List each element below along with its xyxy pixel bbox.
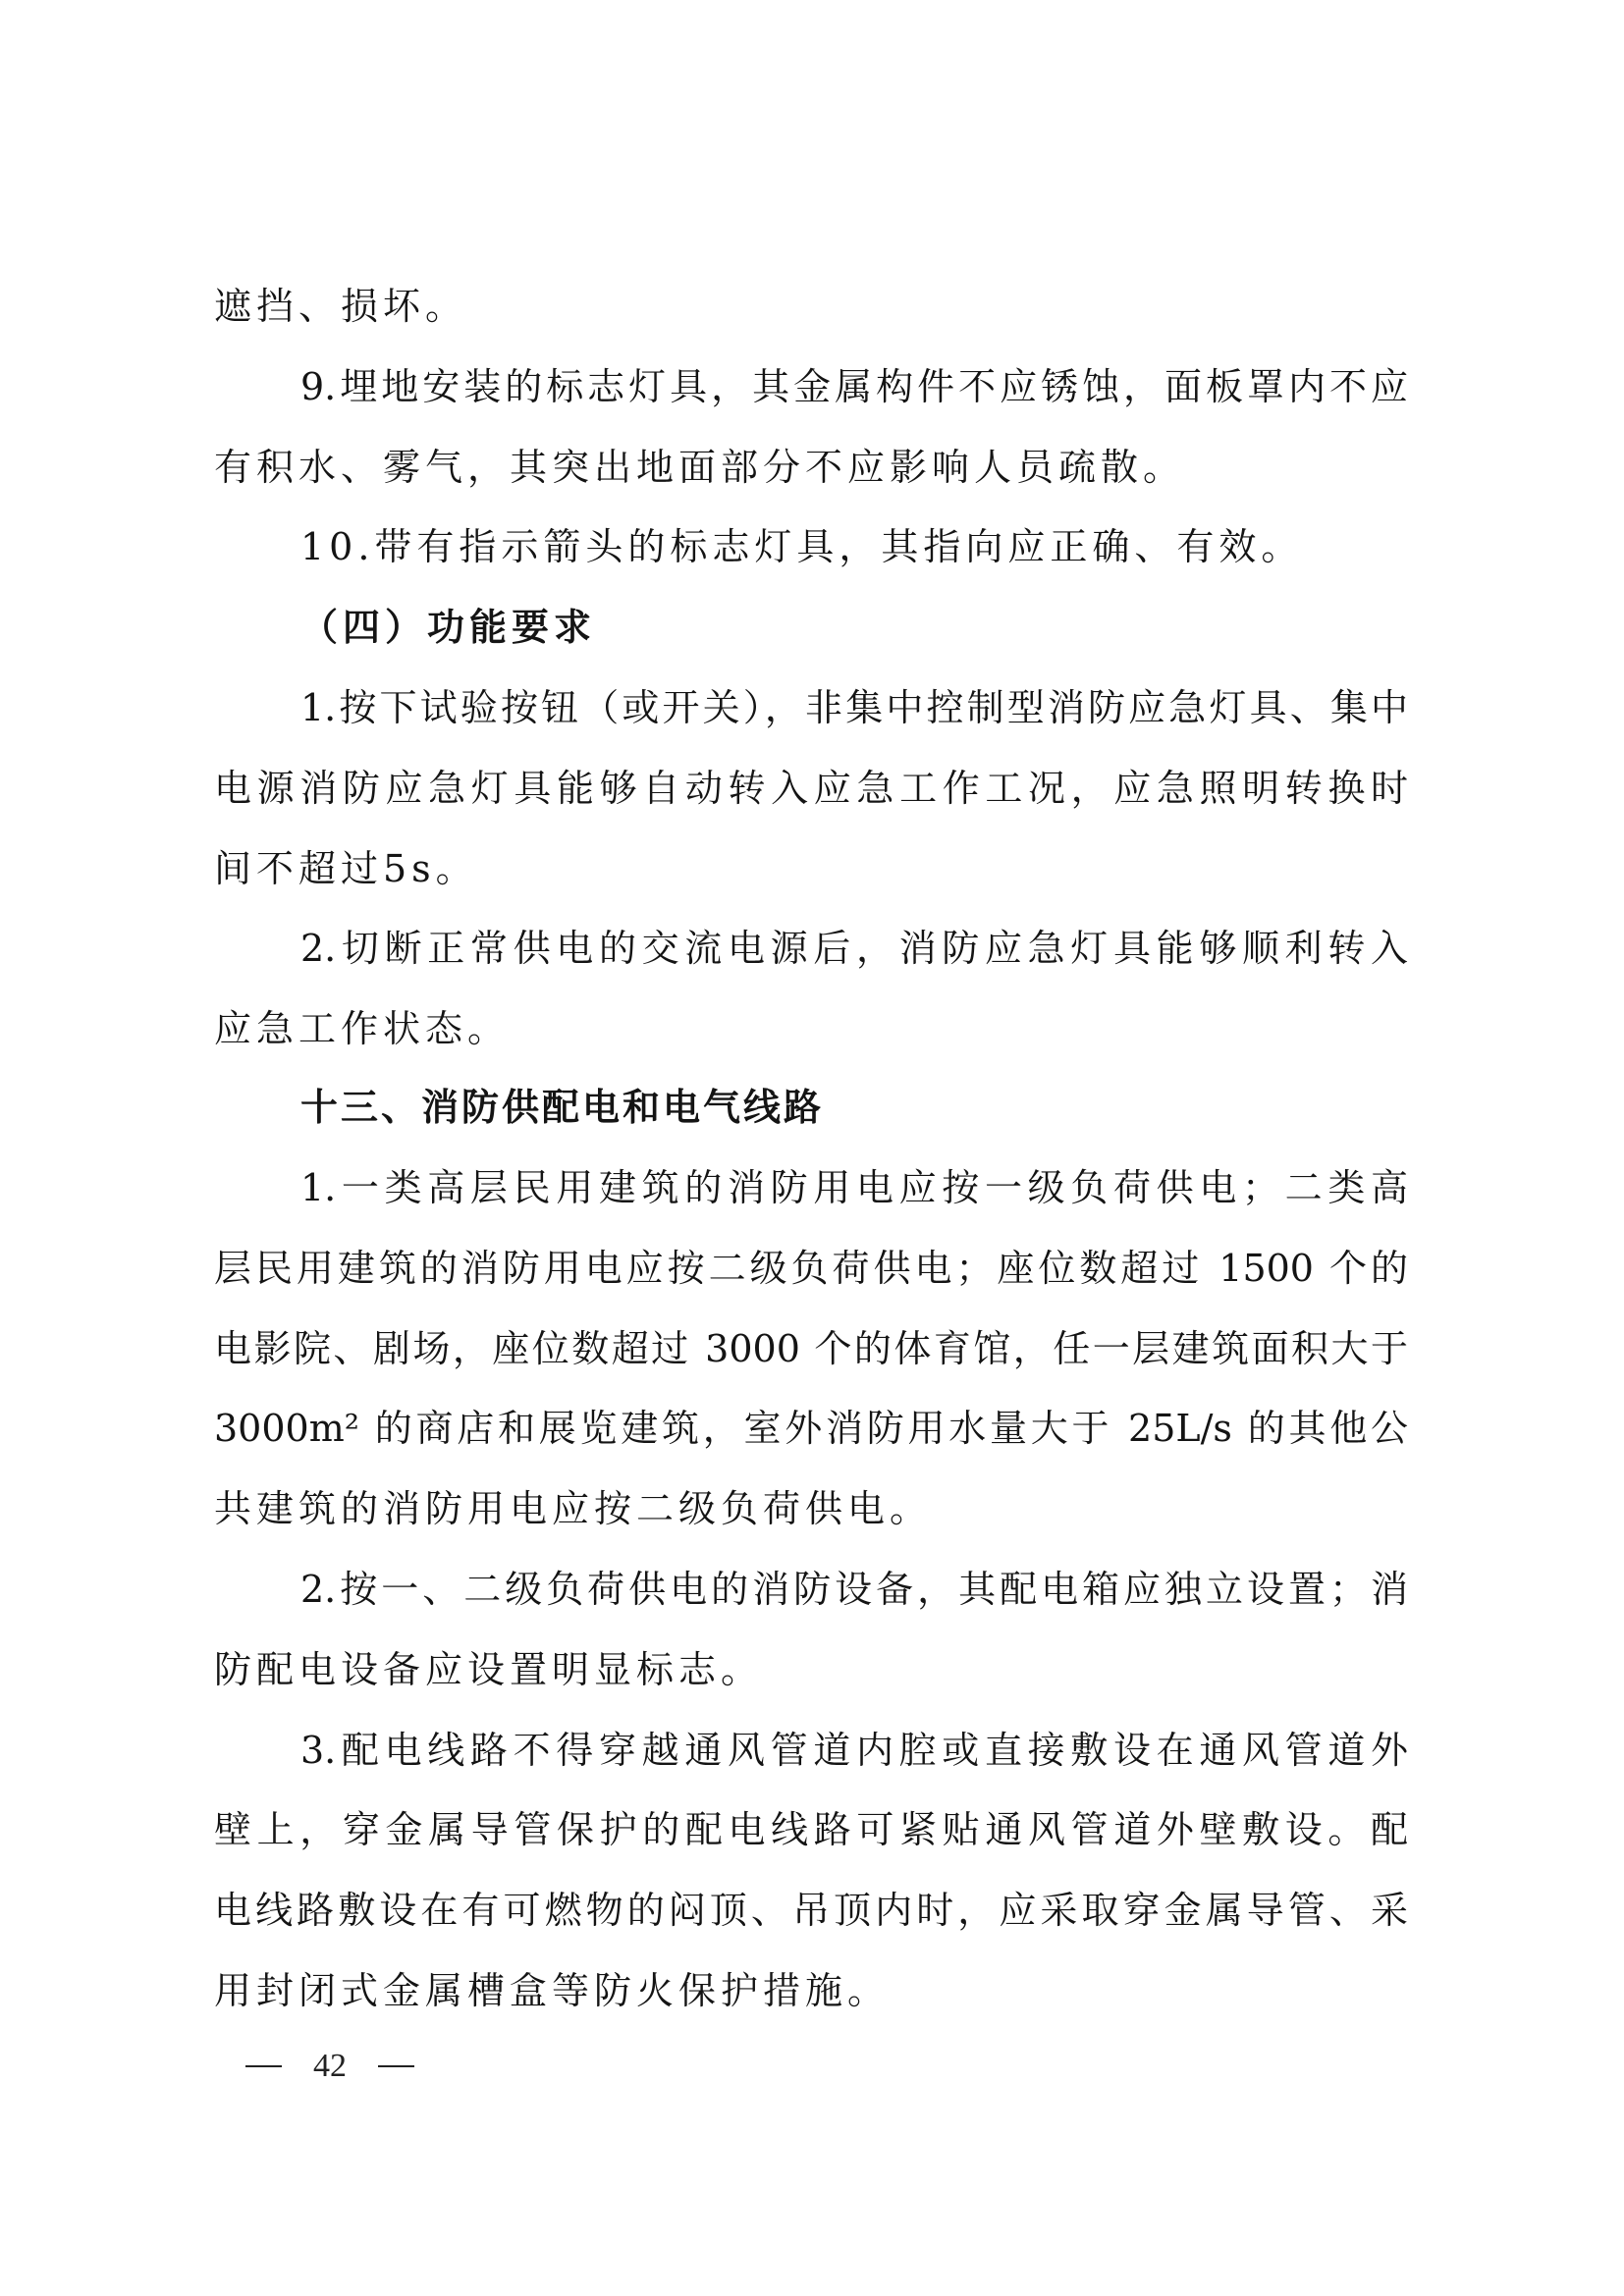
text-line: 遮挡、损坏。 bbox=[214, 266, 1408, 347]
paragraph-item-1: 1.按下试验按钮（或开关），非集中控制型消防应急灯具、集中 bbox=[300, 667, 1408, 748]
paragraph-item-10: 10.带有指示箭头的标志灯具，其指向应正确、有效。 bbox=[300, 507, 1408, 587]
section-heading-fire-power-supply: 十三、消防供配电和电气线路 bbox=[300, 1067, 1408, 1148]
text-line: 应急工作状态。 bbox=[214, 988, 1408, 1069]
text-line: 3000m² 的商店和展览建筑，室外消防用水量大于 25L/s 的其他公 bbox=[214, 1388, 1408, 1468]
text-line: 有积水、雾气，其突出地面部分不应影响人员疏散。 bbox=[214, 427, 1408, 507]
text-line: 壁上，穿金属导管保护的配电线路可紧贴通风管道外壁敷设。配 bbox=[214, 1789, 1408, 1870]
text-line: 电线路敷设在有可燃物的闷顶、吊顶内时，应采取穿金属导管、采 bbox=[214, 1870, 1408, 1950]
paragraph-item-2: 2.切断正常供电的交流电源后，消防应急灯具能够顺利转入 bbox=[300, 908, 1408, 988]
text-line: 用封闭式金属槽盒等防火保护措施。 bbox=[214, 1950, 1408, 2031]
paragraph-item-1: 1.一类高层民用建筑的消防用电应按一级负荷供电；二类高 bbox=[300, 1148, 1408, 1228]
text-line: 防配电设备应设置明显标志。 bbox=[214, 1629, 1408, 1710]
page-number-text: 42 bbox=[313, 2045, 347, 2088]
text-line: 电源消防应急灯具能够自动转入应急工作工况，应急照明转换时 bbox=[214, 748, 1408, 828]
text-line: 电影院、剧场，座位数超过 3000 个的体育馆，任一层建筑面积大于 bbox=[214, 1308, 1408, 1389]
dash-right-icon bbox=[378, 2065, 414, 2067]
page-number: 42 bbox=[245, 2045, 414, 2088]
text-line: 间不超过5s。 bbox=[214, 828, 1408, 909]
subsection-heading-function-requirements: （四）功能要求 bbox=[300, 587, 1408, 667]
text-line: 层民用建筑的消防用电应按二级负荷供电；座位数超过 1500 个的 bbox=[214, 1228, 1408, 1308]
text-line: 共建筑的消防用电应按二级负荷供电。 bbox=[214, 1468, 1408, 1549]
document-page: 遮挡、损坏。 9.埋地安装的标志灯具，其金属构件不应锈蚀，面板罩内不应 有积水、… bbox=[0, 0, 1624, 2296]
paragraph-item-9: 9.埋地安装的标志灯具，其金属构件不应锈蚀，面板罩内不应 bbox=[300, 347, 1408, 427]
paragraph-item-2: 2.按一、二级负荷供电的消防设备，其配电箱应独立设置；消 bbox=[300, 1549, 1408, 1629]
dash-left-icon bbox=[245, 2065, 282, 2067]
paragraph-item-3: 3.配电线路不得穿越通风管道内腔或直接敷设在通风管道外 bbox=[300, 1710, 1408, 1790]
